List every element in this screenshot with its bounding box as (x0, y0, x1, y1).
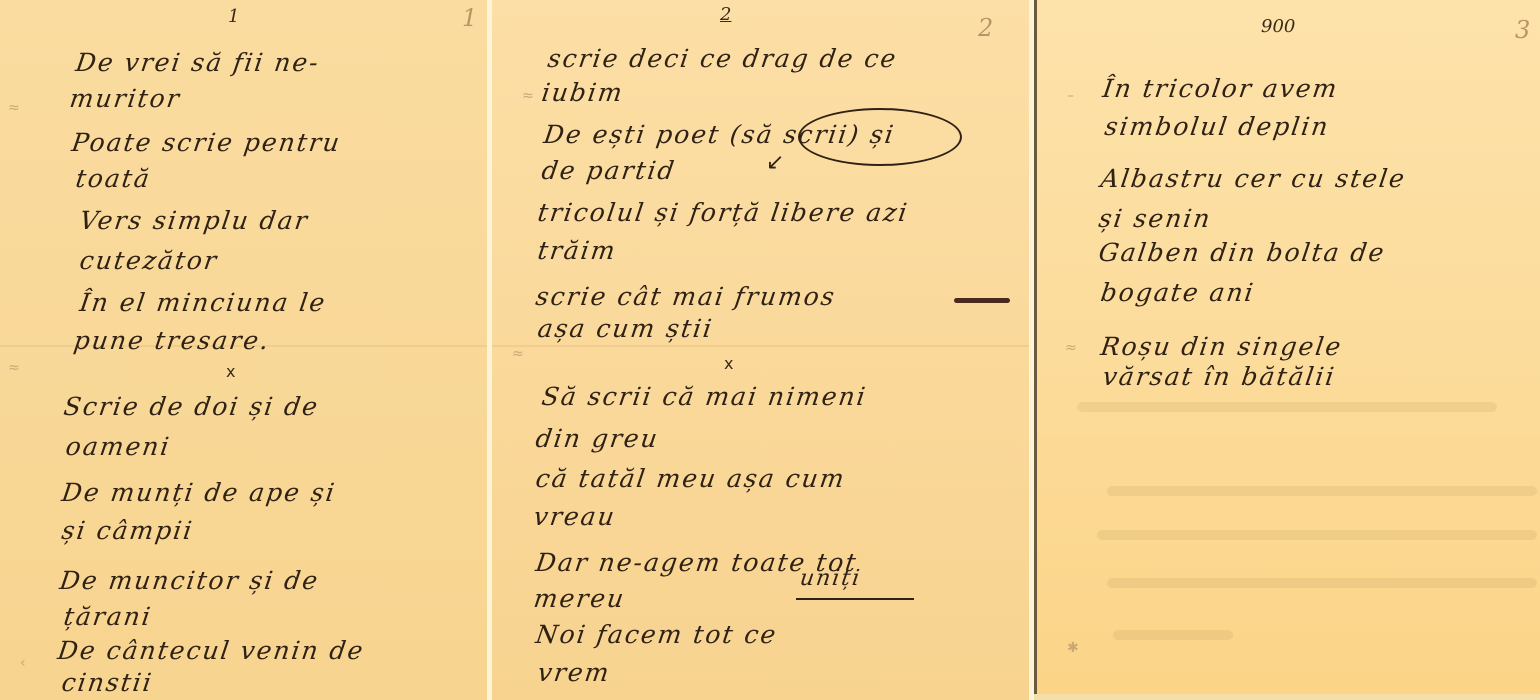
verse-line: vărsat în bătălii (1101, 362, 1338, 391)
verse-line: toată (74, 164, 153, 193)
page-number-center: 1 (228, 6, 239, 27)
verse-line: Vers simplu dar (78, 206, 311, 235)
fold-line (492, 345, 1029, 347)
margin-mark: – (1067, 88, 1074, 104)
faded-text-line (1113, 630, 1233, 640)
insertion-underline (796, 598, 914, 600)
page-number-center: 900 (1261, 16, 1295, 37)
faded-text-line (1107, 578, 1537, 588)
margin-mark: ≈ (512, 346, 524, 362)
verse-line: bogate ani (1099, 278, 1257, 307)
circled-text-annotation (798, 108, 962, 166)
verse-line: Scrie de doi și de (62, 392, 321, 421)
margin-mark: ≈ (1065, 340, 1077, 356)
page-number-corner: 2 (978, 14, 993, 42)
verse-line: pune tresare. (72, 326, 272, 355)
page-number-corner: 3 (1515, 16, 1530, 44)
manuscript-photo: 1 1 ≈ ≈ ‹ De vrei să fii ne- muritor Poa… (0, 0, 1540, 700)
verse-line: vreau (532, 502, 618, 531)
verse-line: Roșu din singele (1099, 332, 1344, 361)
verse-line: țărani (62, 602, 154, 631)
stanza-separator: x (226, 362, 235, 381)
verse-line: tricolul și forță libere azi (536, 198, 911, 227)
page-number-center: 2 (720, 4, 731, 25)
sheet-1: 1 1 ≈ ≈ ‹ De vrei să fii ne- muritor Poa… (0, 0, 487, 700)
insertion-arrow-icon: ↙ (766, 150, 784, 175)
verse-line: mereu (532, 584, 627, 613)
verse-line: scrie cât mai frumos (534, 282, 838, 311)
verse-line: De vrei să fii ne- (74, 48, 322, 77)
verse-line: Să scrii că mai nimeni (540, 382, 869, 411)
verse-line: din greu (534, 424, 661, 453)
faded-text-line (1107, 486, 1537, 496)
verse-line: Noi facem tot ce (534, 620, 779, 649)
verse-line: Galben din bolta de (1097, 238, 1388, 267)
stanza-separator: x (724, 354, 733, 373)
verse-line: simbolul deplin (1103, 112, 1332, 141)
verse-line: vrem (536, 658, 613, 687)
verse-line: și câmpii (60, 516, 195, 545)
verse-line: Albastru cer cu stele (1099, 164, 1408, 193)
strikethrough-mark (954, 298, 1010, 303)
verse-line: așa cum știi (536, 314, 715, 343)
margin-mark: ≈ (522, 88, 534, 104)
sheet-2: 2 2 ≈ ≈ scrie deci ce drag de ce iubim D… (492, 0, 1029, 700)
faded-text-line (1077, 402, 1497, 412)
verse-line: că tatăl meu așa cum (534, 464, 848, 493)
sheet-3: 900 3 – ≈ ✱ În tricolor avem simbolul de… (1034, 0, 1540, 694)
verse-line: scrie deci ce drag de ce (546, 44, 899, 73)
verse-line: cinstii (60, 668, 155, 697)
verse-line: cutezător (78, 246, 220, 275)
verse-line: oameni (64, 432, 173, 461)
verse-line: și senin (1097, 204, 1214, 233)
verse-line: De muncitor și de (58, 566, 321, 595)
verse-line: de partid (540, 156, 678, 185)
verse-line: Poate scrie pentru (70, 128, 343, 157)
margin-mark: ✱ (1067, 640, 1079, 656)
verse-line: În el minciuna le (78, 288, 328, 317)
verse-line: trăim (536, 236, 619, 265)
verse-line: muritor (68, 84, 183, 113)
inserted-word: uniți (798, 566, 863, 591)
verse-line: iubim (540, 78, 626, 107)
page-number-corner: 1 (462, 4, 477, 32)
margin-mark: ≈ (8, 360, 20, 376)
margin-mark: ‹ (20, 655, 26, 671)
verse-line: De cântecul venin de (56, 636, 367, 665)
faded-text-line (1097, 530, 1537, 540)
margin-mark: ≈ (8, 100, 20, 116)
verse-line: De munți de ape și (60, 478, 338, 507)
verse-line: În tricolor avem (1101, 74, 1341, 103)
